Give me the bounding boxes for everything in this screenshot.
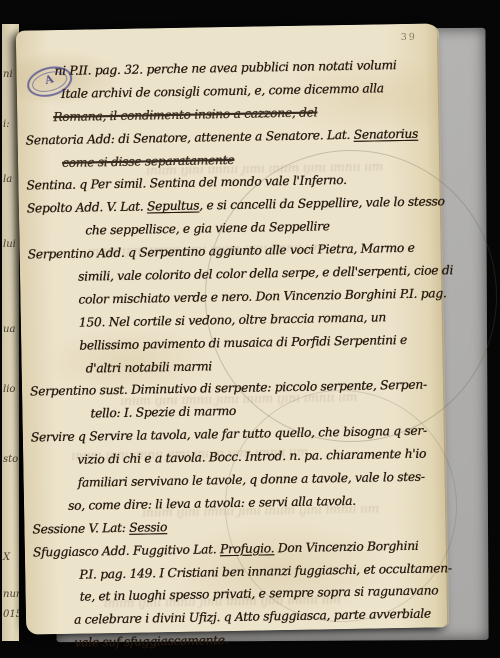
line-text: , e si cancelli da Seppellire, vale lo s… [199,195,445,213]
underlined-text: Senatorius [354,126,419,141]
line-text: vale suf sfuggiascamente. [74,633,228,650]
line-text: Sfuggiasco Add. Fuggitivo Lat. [33,542,220,559]
edge-ink-fragment: i: [3,119,10,130]
folio-number: 39 [401,32,417,43]
edge-ink-fragment: num [3,589,19,600]
line-text: Sessione V. Lat: [32,521,129,537]
line-text: d'altri notabili marmi [86,359,212,375]
line-text: tello: I. Spezie di marmo [90,404,236,421]
underlined-text: Sepultus [147,199,199,214]
struck-text: come si disse separatamente [62,152,234,169]
edge-ink-fragment: lui [3,239,16,250]
line-text: Sepolto Add. V. Lat. [27,200,147,216]
underlined-text: Sessio [129,520,167,535]
line-text: ni P.II. pag. 32. perche ne avea pubblic… [54,58,396,78]
page-surface: 39 A ınıım ıȷını ımnıı ȷımı ınıım ıȷını … [24,30,441,630]
edge-ink-fragment: sto [3,454,18,465]
underlined-text: Profugio. [220,541,274,556]
edge-ink-fragment: 015 [3,609,19,620]
edge-ink-fragment: lio [3,384,15,395]
manuscript-page: 39 A ınıım ıȷını ımnıı ȷımı ınıım ıȷını … [16,23,447,634]
edge-ink-fragment: X [3,552,10,563]
edge-ink-fragment: la [3,174,12,185]
handwritten-text: ni P.II. pag. 32. perche ne avea pubblic… [24,57,441,658]
line-text: che seppellisce, e gia viene da Seppelli… [85,220,330,238]
line-text: Don Vincenzio Borghini [274,538,419,555]
edge-ink-fragment: ni [3,69,13,80]
edge-ink-fragment: ua [3,324,15,335]
manuscript-photo: ni i: la lui ua lio sto X num 015 39 A ı… [0,0,500,658]
